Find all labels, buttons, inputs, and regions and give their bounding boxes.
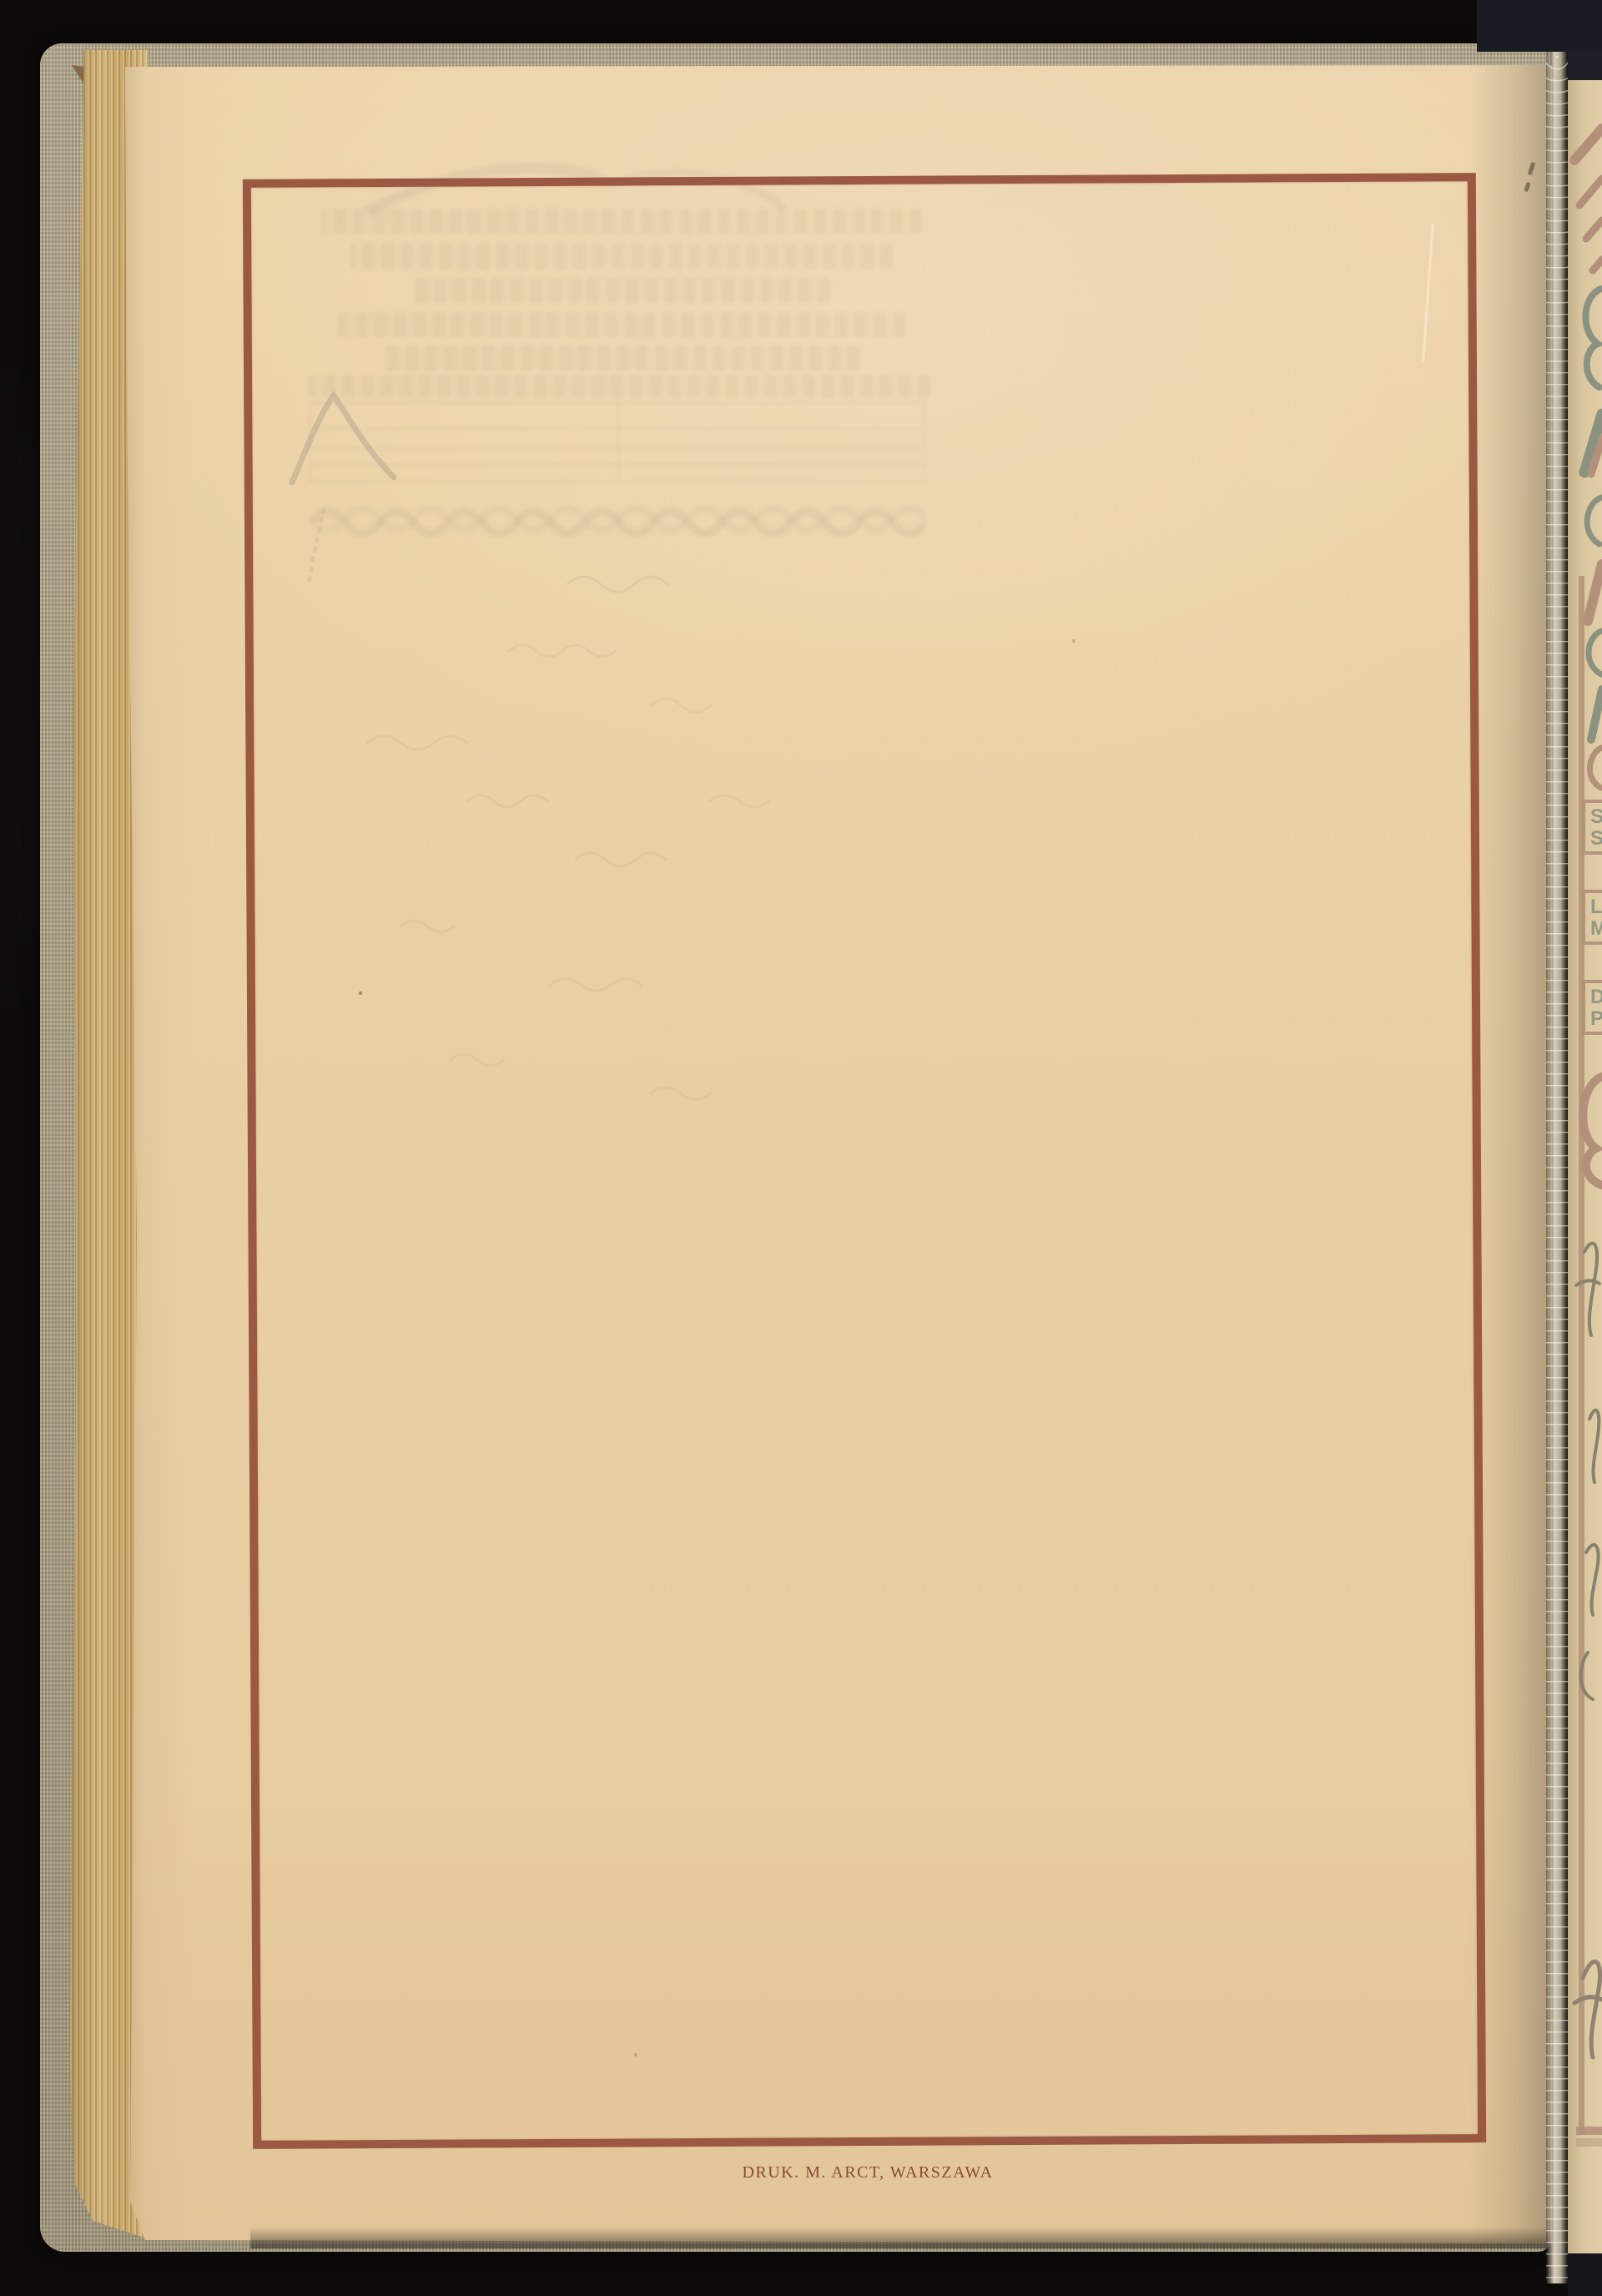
facing-page-handwriting <box>1568 1068 1602 2120</box>
facing-page-cover-art <box>1568 80 1602 915</box>
scanner-corner-shadow <box>1477 0 1602 52</box>
fragment-text: MI <box>1590 918 1602 940</box>
printed-rule-frame <box>243 173 1486 2149</box>
facing-fragment-box: DI PO <box>1582 980 1602 1035</box>
facing-page-frame-corner <box>1576 2127 1602 2135</box>
facing-fragment-box: LO MI <box>1582 890 1602 945</box>
page-bottom-shadow <box>250 2227 1552 2248</box>
paper-speck <box>1072 639 1076 643</box>
paper-speck <box>359 992 362 995</box>
facing-page-bottom-shadow <box>1568 2253 1602 2296</box>
fragment-text: DI <box>1590 987 1602 1008</box>
printer-imprint: DRUK. M. ARCT, WARSZAWA <box>659 2163 1076 2182</box>
fragment-text: LO <box>1590 896 1602 918</box>
gutter-gloss-strip <box>1546 47 1568 2283</box>
paper-speck <box>634 2053 637 2056</box>
facing-fragment-box: SC SZ <box>1582 800 1602 855</box>
fragment-text: PO <box>1590 1008 1602 1030</box>
fragment-text: SC <box>1590 806 1602 828</box>
fragment-text: SZ <box>1590 828 1602 850</box>
book-scan: DRUK. M. ARCT, WARSZAWA SC SZ LO MI <box>0 0 1602 2296</box>
